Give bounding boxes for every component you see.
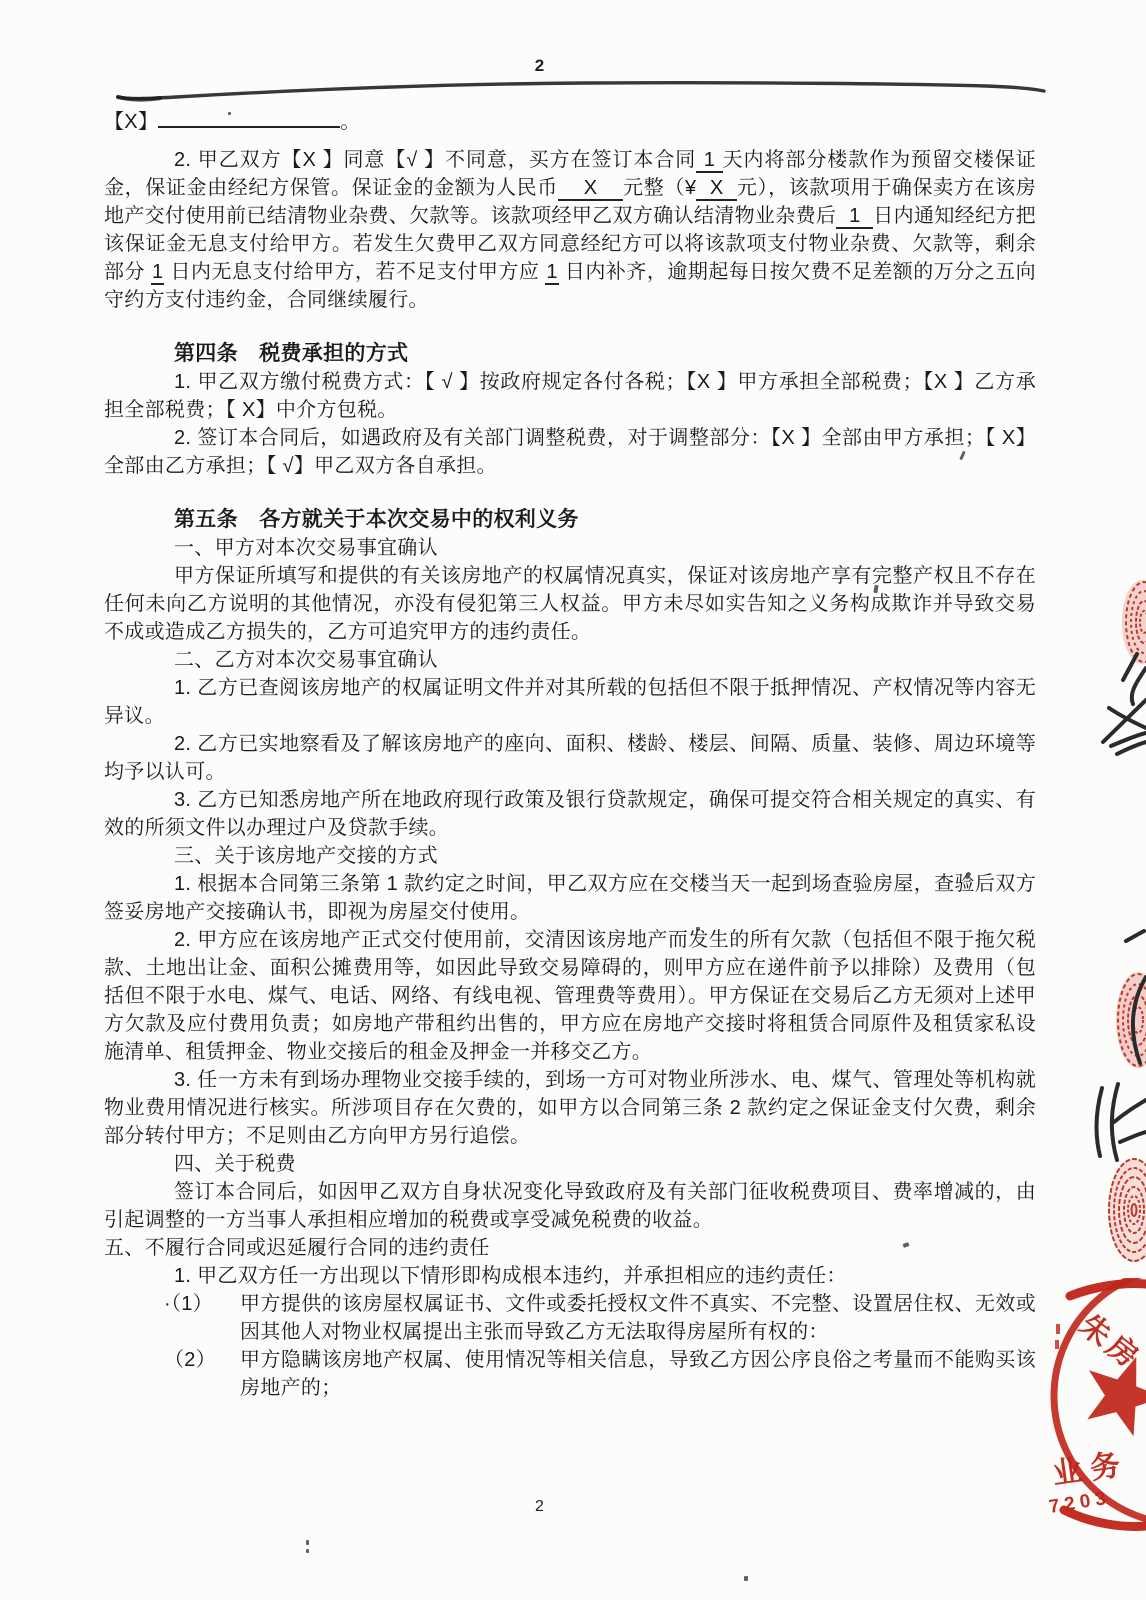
text-run: 元整（¥ xyxy=(623,177,696,199)
paragraph: 2. 甲乙双方【X 】同意【√ 】不同意，买方在签订本合同 1 天内将部分楼款作… xyxy=(104,146,1036,314)
text-run: 3. 任一方未有到场办理物业交接手续的，到场一方可对物业所涉水、电、煤气、管理处… xyxy=(104,1069,1036,1147)
paragraph: 2. 签订本合同后，如遇政府及有关部门调整税费，对于调整部分：【X 】全部由甲方… xyxy=(104,424,1036,480)
page-number-top: 2 xyxy=(0,56,1080,76)
list-item: ·（1）甲方提供的该房屋权属证书、文件或委托授权文件不真实、不完整、设置居住权、… xyxy=(104,1290,1036,1346)
paragraph: 甲方保证所填写和提供的有关该房地产的权属情况真实，保证对该房地产享有完整产权且不… xyxy=(104,562,1036,646)
paragraph: 1. 甲乙双方任一方出现以下情形即构成根本违约，并承担相应的违约责任： xyxy=(104,1262,1036,1290)
scan-speck xyxy=(696,927,700,931)
scan-speck xyxy=(306,1549,309,1553)
text-run: 2. 甲方应在该房地产正式交付使用前，交清因该房地产而发生的所有欠款（包括但不限… xyxy=(104,929,1036,1063)
paragraph: 1. 乙方已查阅该房地产的权属证明文件并对其所载的包括但不限于抵押情况、产权情况… xyxy=(104,674,1036,730)
text-run: 。 xyxy=(340,111,360,133)
scan-speck xyxy=(306,1540,309,1545)
text-run: 1. 甲乙双方任一方出现以下情形即构成根本违约，并承担相应的违约责任： xyxy=(174,1265,847,1287)
header-rule-line xyxy=(116,78,1046,104)
list-marker: （2） xyxy=(164,1346,216,1374)
text-run: 甲方隐瞒该房地产权属、使用情况等相关信息，导致乙方因公序良俗之考量而不能购买该房… xyxy=(240,1349,1036,1399)
paragraph: 3. 任一方未有到场办理物业交接手续的，到场一方可对物业所涉水、电、煤气、管理处… xyxy=(104,1066,1036,1150)
clause-subheading: 三、关于该房地产交接的方式 xyxy=(104,842,1036,870)
text-run: 2. 甲乙双方【X 】同意【√ 】不同意，买方在签订本合同 xyxy=(174,149,696,171)
text-run: 五、不履行合同或迟延履行合同的违约责任 xyxy=(104,1237,490,1259)
text-run: 甲方保证所填写和提供的有关该房地产的权属情况真实，保证对该房地产享有完整产权且不… xyxy=(104,565,1036,643)
text-run: 3. 乙方已知悉房地产所在地政府现行政策及银行贷款规定，确保可提交符合相关规定的… xyxy=(104,789,1036,839)
clause-heading: 五、不履行合同或迟延履行合同的违约责任 xyxy=(104,1234,1036,1262)
text-run: 第四条 税费承担的方式 xyxy=(174,342,408,365)
text-run: 二、乙方对本次交易事宜确认 xyxy=(174,649,438,671)
seal-arc-text: 朱房 xyxy=(1073,1308,1146,1377)
section-heading: 第四条 税费承担的方式 xyxy=(104,340,1036,368)
text-run: 四、关于税费 xyxy=(174,1153,296,1175)
fill-in-value: 1 xyxy=(836,205,873,229)
text-run: 一、甲方对本次交易事宜确认 xyxy=(174,537,438,559)
text-run: 2. 乙方已实地察看及了解该房地产的座向、面积、楼龄、楼层、间隔、质量、装修、周… xyxy=(104,733,1036,783)
section-heading: 第五条 各方就关于本次交易中的权利义务 xyxy=(104,506,1036,534)
paragraph: 2. 乙方已实地察看及了解该房地产的座向、面积、楼龄、楼层、间隔、质量、装修、周… xyxy=(104,730,1036,786)
fill-in-value: X xyxy=(558,177,623,201)
fingerprint-stamp-1 xyxy=(1118,578,1146,670)
scan-speck xyxy=(744,1576,748,1581)
scanned-contract-page: 2 【X】。2. 甲乙双方【X 】同意【√ 】不同意，买方在签订本合同 1 天内… xyxy=(0,0,1146,1600)
text-run: 1. 乙方已查阅该房地产的权属证明文件并对其所载的包括但不限于抵押情况、产权情况… xyxy=(104,677,1036,727)
blank-underline xyxy=(158,111,340,128)
clause-subheading: 一、甲方对本次交易事宜确认 xyxy=(104,534,1036,562)
clause-subheading: 四、关于税费 xyxy=(104,1150,1036,1178)
paragraph: 1. 根据本合同第三条第 1 款约定之时间，甲乙双方应在交楼当天一起到场查验房屋… xyxy=(104,870,1036,926)
text-run: 三、关于该房地产交接的方式 xyxy=(174,845,438,867)
document-body: 【X】。2. 甲乙双方【X 】同意【√ 】不同意，买方在签订本合同 1 天内将部… xyxy=(104,108,1036,1402)
paragraph: 2. 甲方应在该房地产正式交付使用前，交清因该房地产而发生的所有欠款（包括但不限… xyxy=(104,926,1036,1066)
text-run: 2. 签订本合同后，如遇政府及有关部门调整税费，对于调整部分：【X 】全部由甲方… xyxy=(104,427,1036,477)
checkbox-option-line: 【X】。 xyxy=(104,108,1036,136)
fingerprint-stamp-3 xyxy=(1104,1154,1146,1266)
text-run: 甲方提供的该房屋权属证书、文件或委托授权文件不真实、不完整、设置居住权、无效或因… xyxy=(240,1293,1036,1343)
text-run: 第五条 各方就关于本次交易中的权利义务 xyxy=(174,508,579,531)
text-run: 日内无息支付给甲方，若不足支付甲方应 xyxy=(164,261,545,283)
scan-speck xyxy=(228,112,231,115)
list-marker: ·（1） xyxy=(164,1290,213,1318)
text-run: 【X】 xyxy=(104,111,158,133)
paragraph: 签订本合同后，如因甲乙双方自身状况变化导致政府及有关部门征收税费项目、费率增减的… xyxy=(104,1178,1036,1234)
fill-in-value: 1 xyxy=(545,261,558,285)
text-run: 1. 根据本合同第三条第 1 款约定之时间，甲乙双方应在交楼当天一起到场查验房屋… xyxy=(104,873,1036,923)
paragraph: 3. 乙方已知悉房地产所在地政府现行政策及银行贷款规定，确保可提交符合相关规定的… xyxy=(104,786,1036,842)
list-item: （2）甲方隐瞒该房地产权属、使用情况等相关信息，导致乙方因公序良俗之考量而不能购… xyxy=(104,1346,1036,1402)
signature-strokes-1 xyxy=(1095,640,1146,800)
fingerprint-stamp-2 xyxy=(1104,925,1146,1075)
clause-subheading: 二、乙方对本次交易事宜确认 xyxy=(104,646,1036,674)
fill-in-value: X xyxy=(696,177,736,201)
signature-strokes-2 xyxy=(1086,1080,1146,1172)
page-number-bottom: 2 xyxy=(0,1498,1080,1516)
paragraph: 1. 甲乙双方缴付税费方式：【 √ 】按政府规定各付各税；【X 】甲方承担全部税… xyxy=(104,368,1036,424)
seal-label-text: 业务 xyxy=(1050,1448,1130,1491)
fill-in-value: 1 xyxy=(696,149,722,173)
text-run: 1. 甲乙双方缴付税费方式：【 √ 】按政府规定各付各税；【X 】甲方承担全部税… xyxy=(104,371,1036,421)
fill-in-value: 1 xyxy=(151,261,164,285)
text-run: 签订本合同后，如因甲乙双方自身状况变化导致政府及有关部门征收税费项目、费率增减的… xyxy=(104,1181,1036,1231)
